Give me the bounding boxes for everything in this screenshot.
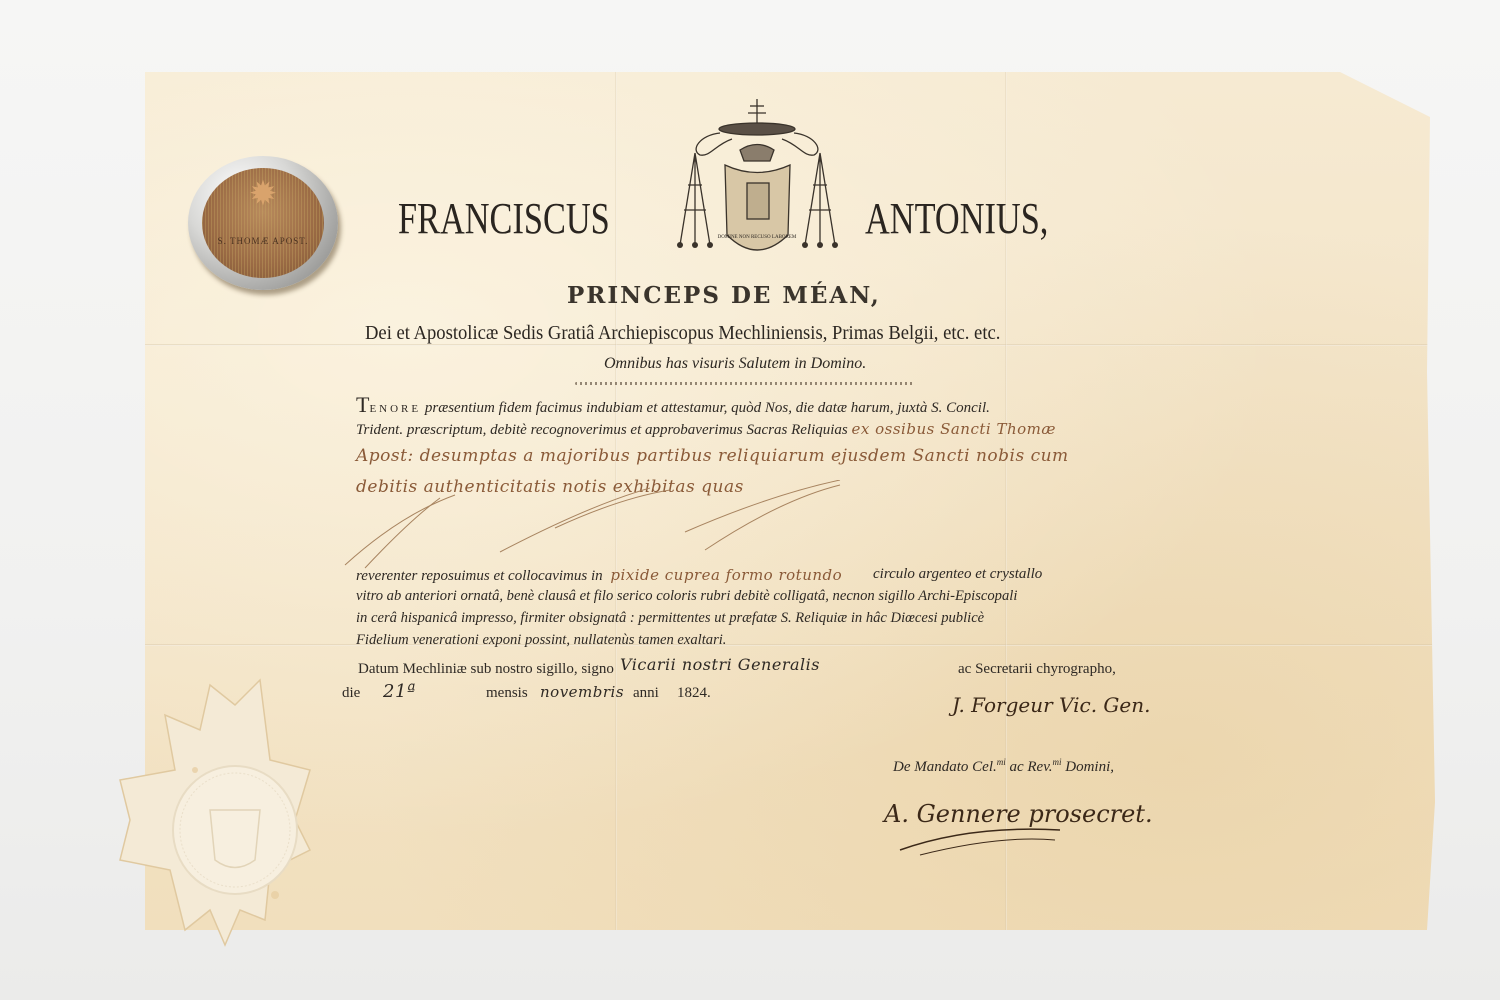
title-franciscus: FRANCISCUS: [398, 193, 610, 244]
handwritten-flourish-icon: [340, 480, 1220, 570]
die-label: die: [342, 685, 360, 702]
datum-line: Datum Mechliniæ sub nostro sigillo, sign…: [358, 661, 614, 678]
reliquary-label: S. THOMÆ APOST.: [202, 236, 324, 246]
reliquary-glass: ✹ S. THOMÆ APOST.: [202, 168, 324, 278]
princeps-title: PRINCEPS DE MÉAN,: [567, 282, 881, 309]
body-line-1: TENORE præsentium fidem facimus indubiam…: [356, 392, 990, 418]
body-line-5-end: circulo argenteo et crystallo: [873, 566, 1042, 583]
month-handwritten: novembris: [540, 683, 624, 701]
archbishop-title-line: Dei et Apostolicæ Sedis Gratiâ Archiepis…: [365, 322, 1000, 345]
datum-handwritten: Vicarii nostri Generalis: [620, 655, 820, 674]
coat-of-arms-icon: DOMINE NON RECUSO LABOREM: [670, 95, 845, 265]
greeting-line: Omnibus has visuris Salutem in Domino.: [604, 355, 866, 373]
body-line-2: Trident. præscriptum, debitè recognoveri…: [356, 420, 1056, 439]
svg-text:DOMINE NON RECUSO LABOREM: DOMINE NON RECUSO LABOREM: [718, 235, 797, 240]
fold-line: [145, 644, 1440, 646]
title-antonius: ANTONIUS,: [865, 193, 1048, 244]
anni-label: anni: [633, 685, 659, 702]
mensis-label: mensis: [486, 685, 528, 702]
body-line-7: in cerâ hispanicâ impresso, firmiter obs…: [356, 610, 984, 627]
ornamental-rule: [575, 382, 915, 385]
vicar-general-signature: J. Forgeur Vic. Gen.: [952, 693, 1150, 717]
reliquary-capsule: ✹ S. THOMÆ APOST.: [188, 156, 338, 290]
sunburst-icon: ✹: [246, 178, 280, 212]
embossed-seal-icon: [115, 660, 330, 950]
signature-flourish-icon: [880, 790, 1080, 860]
handwritten-line-3: Apost: desumptas a majoribus partibus re…: [356, 446, 1069, 466]
body-line-5: reverenter reposuimus et collocavimus in…: [356, 566, 842, 585]
day-handwritten: 21ª: [383, 681, 416, 702]
body-line-6: vitro ab anteriori ornatâ, benè clausâ e…: [356, 588, 1017, 605]
datum-line-end: ac Secretarii chyrographo,: [958, 661, 1116, 678]
body-line-8: Fidelium venerationi exponi possint, nul…: [356, 632, 726, 649]
mandate-line: De Mandato Cel.mi ac Rev.mi Domini,: [893, 757, 1114, 776]
year-value: 1824.: [677, 685, 711, 702]
